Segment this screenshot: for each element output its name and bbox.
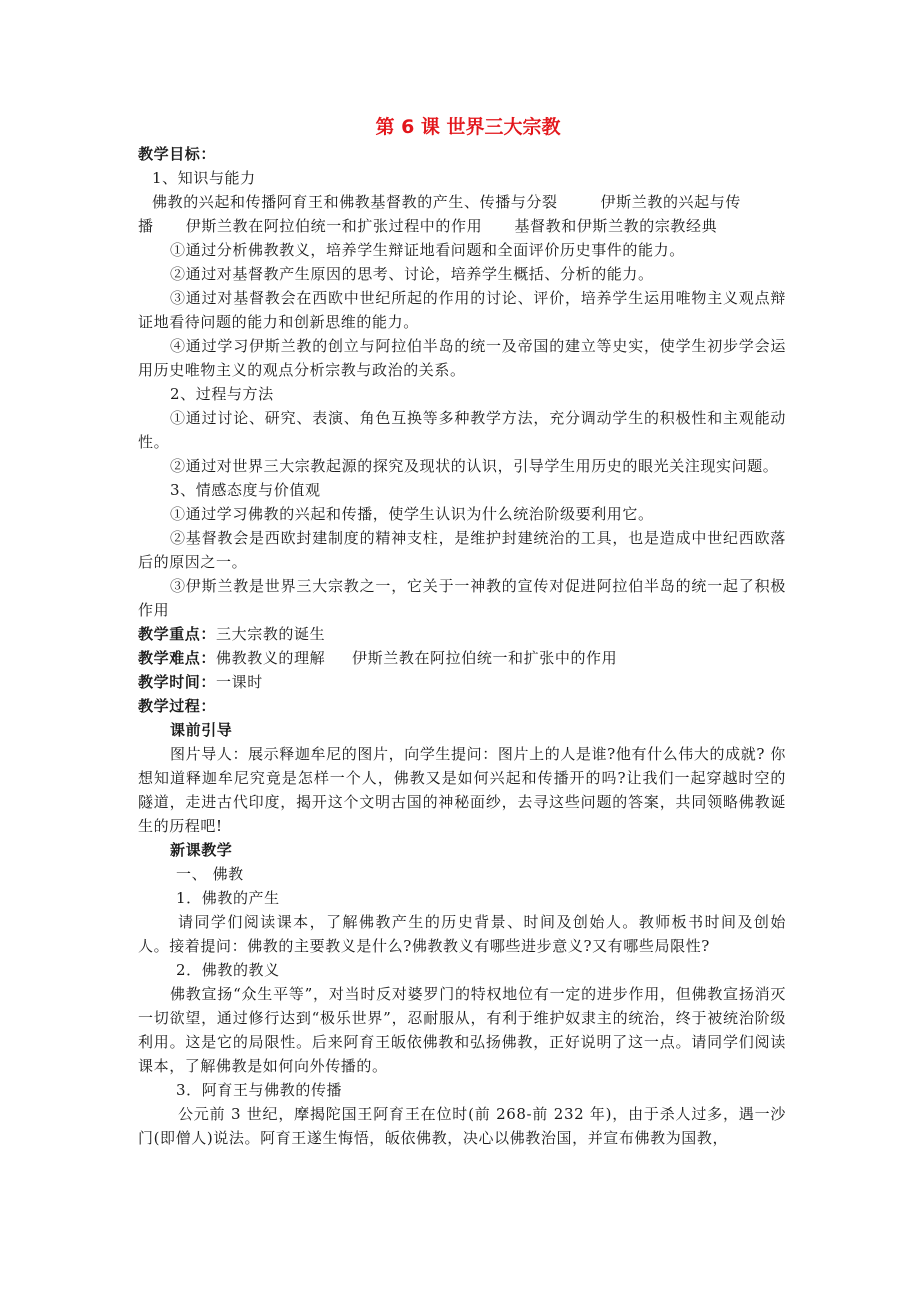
key-point-row: 教学重点：三大宗教的诞生 xyxy=(138,622,786,646)
difficulty-row: 教学难点：佛教教义的理解 伊斯兰教在阿拉伯统一和扩张中的作用 xyxy=(138,646,786,670)
knowledge-item-4: ④通过学习伊斯兰教的创立与阿拉伯半岛的统一及帝国的建立等史实，使学生初步学会运用… xyxy=(138,334,786,382)
knowledge-item-3: ③通过对基督教会在西欧中世纪所起的作用的讨论、评价，培养学生运用唯物主义观点辩证… xyxy=(138,286,786,334)
document-page: 第 6 课 世界三大宗教 教学目标： 1、知识与能力 佛教的兴起和传播阿育王和佛… xyxy=(138,112,786,1150)
page-title: 第 6 课 世界三大宗教 xyxy=(150,112,786,142)
sub2-heading: 2．佛教的教义 xyxy=(138,958,786,982)
emotion-item-3: ③伊斯兰教是世界三大宗教之一，它关于一神教的宣传对促进阿拉伯半岛的统一起了积极作… xyxy=(138,574,786,622)
objectives-heading: 教学目标： xyxy=(138,142,786,166)
section-one-heading: 一、 佛教 xyxy=(138,862,786,886)
sub3-text: 公元前 3 世纪，摩揭陀国王阿育王在位时(前 268-前 232 年)，由于杀人… xyxy=(138,1102,786,1150)
key-point-label: 教学重点： xyxy=(138,625,216,643)
emotion-item-2: ②基督教会是西欧封建制度的精神支柱，是维护封建统治的工具，也是造成中世纪西欧落后… xyxy=(138,526,786,574)
time-label: 教学时间： xyxy=(138,673,216,691)
sub1-text: 请同学们阅读课本，了解佛教产生的历史背景、时间及创始人。教师板书时间及创始人。接… xyxy=(138,910,786,958)
emotion-item-1: ①通过学习佛教的兴起和传播，使学生认识为什么统治阶级要利用它。 xyxy=(138,502,786,526)
key-point-value: 三大宗教的诞生 xyxy=(216,625,325,643)
process-item-1: ①通过讨论、研究、表演、角色互换等多种教学方法，充分调动学生的积极性和主观能动性… xyxy=(138,406,786,454)
process-heading: 2、过程与方法 xyxy=(138,382,786,406)
difficulty-label: 教学难点： xyxy=(138,649,216,667)
knowledge-item-1: ①通过分析佛教教义，培养学生辩证地看问题和全面评价历史事件的能力。 xyxy=(138,238,786,262)
sub2-text: 佛教宣扬“众生平等”，对当时反对婆罗门的特权地位有一定的进步作用，但佛教宣扬消灭… xyxy=(138,982,786,1078)
procedure-heading: 教学过程： xyxy=(138,694,786,718)
new-lesson-heading: 新课教学 xyxy=(138,838,786,862)
emotion-heading: 3、情感态度与价值观 xyxy=(138,478,786,502)
knowledge-item-2: ②通过对基督教产生原因的思考、讨论，培养学生概括、分析的能力。 xyxy=(138,262,786,286)
sub3-heading: 3．阿育王与佛教的传播 xyxy=(138,1078,786,1102)
knowledge-topics-line1: 佛教的兴起和传播阿育王和佛教基督教的产生、传播与分裂 伊斯兰教的兴起与传 xyxy=(138,190,786,214)
difficulty-value: 佛教教义的理解 伊斯兰教在阿拉伯统一和扩张中的作用 xyxy=(216,649,617,667)
knowledge-heading: 1、知识与能力 xyxy=(138,166,786,190)
intro-heading: 课前引导 xyxy=(138,718,786,742)
time-row: 教学时间：一课时 xyxy=(138,670,786,694)
sub1-heading: 1．佛教的产生 xyxy=(138,886,786,910)
knowledge-topics-line2: 播 伊斯兰教在阿拉伯统一和扩张过程中的作用 基督教和伊斯兰教的宗教经典 xyxy=(138,214,786,238)
process-item-2: ②通过对世界三大宗教起源的探究及现状的认识，引导学生用历史的眼光关注现实问题。 xyxy=(138,454,786,478)
intro-text: 图片导人：展示释迦牟尼的图片，向学生提问：图片上的人是谁?他有什么伟大的成就? … xyxy=(138,742,786,838)
time-value: 一课时 xyxy=(216,673,263,691)
